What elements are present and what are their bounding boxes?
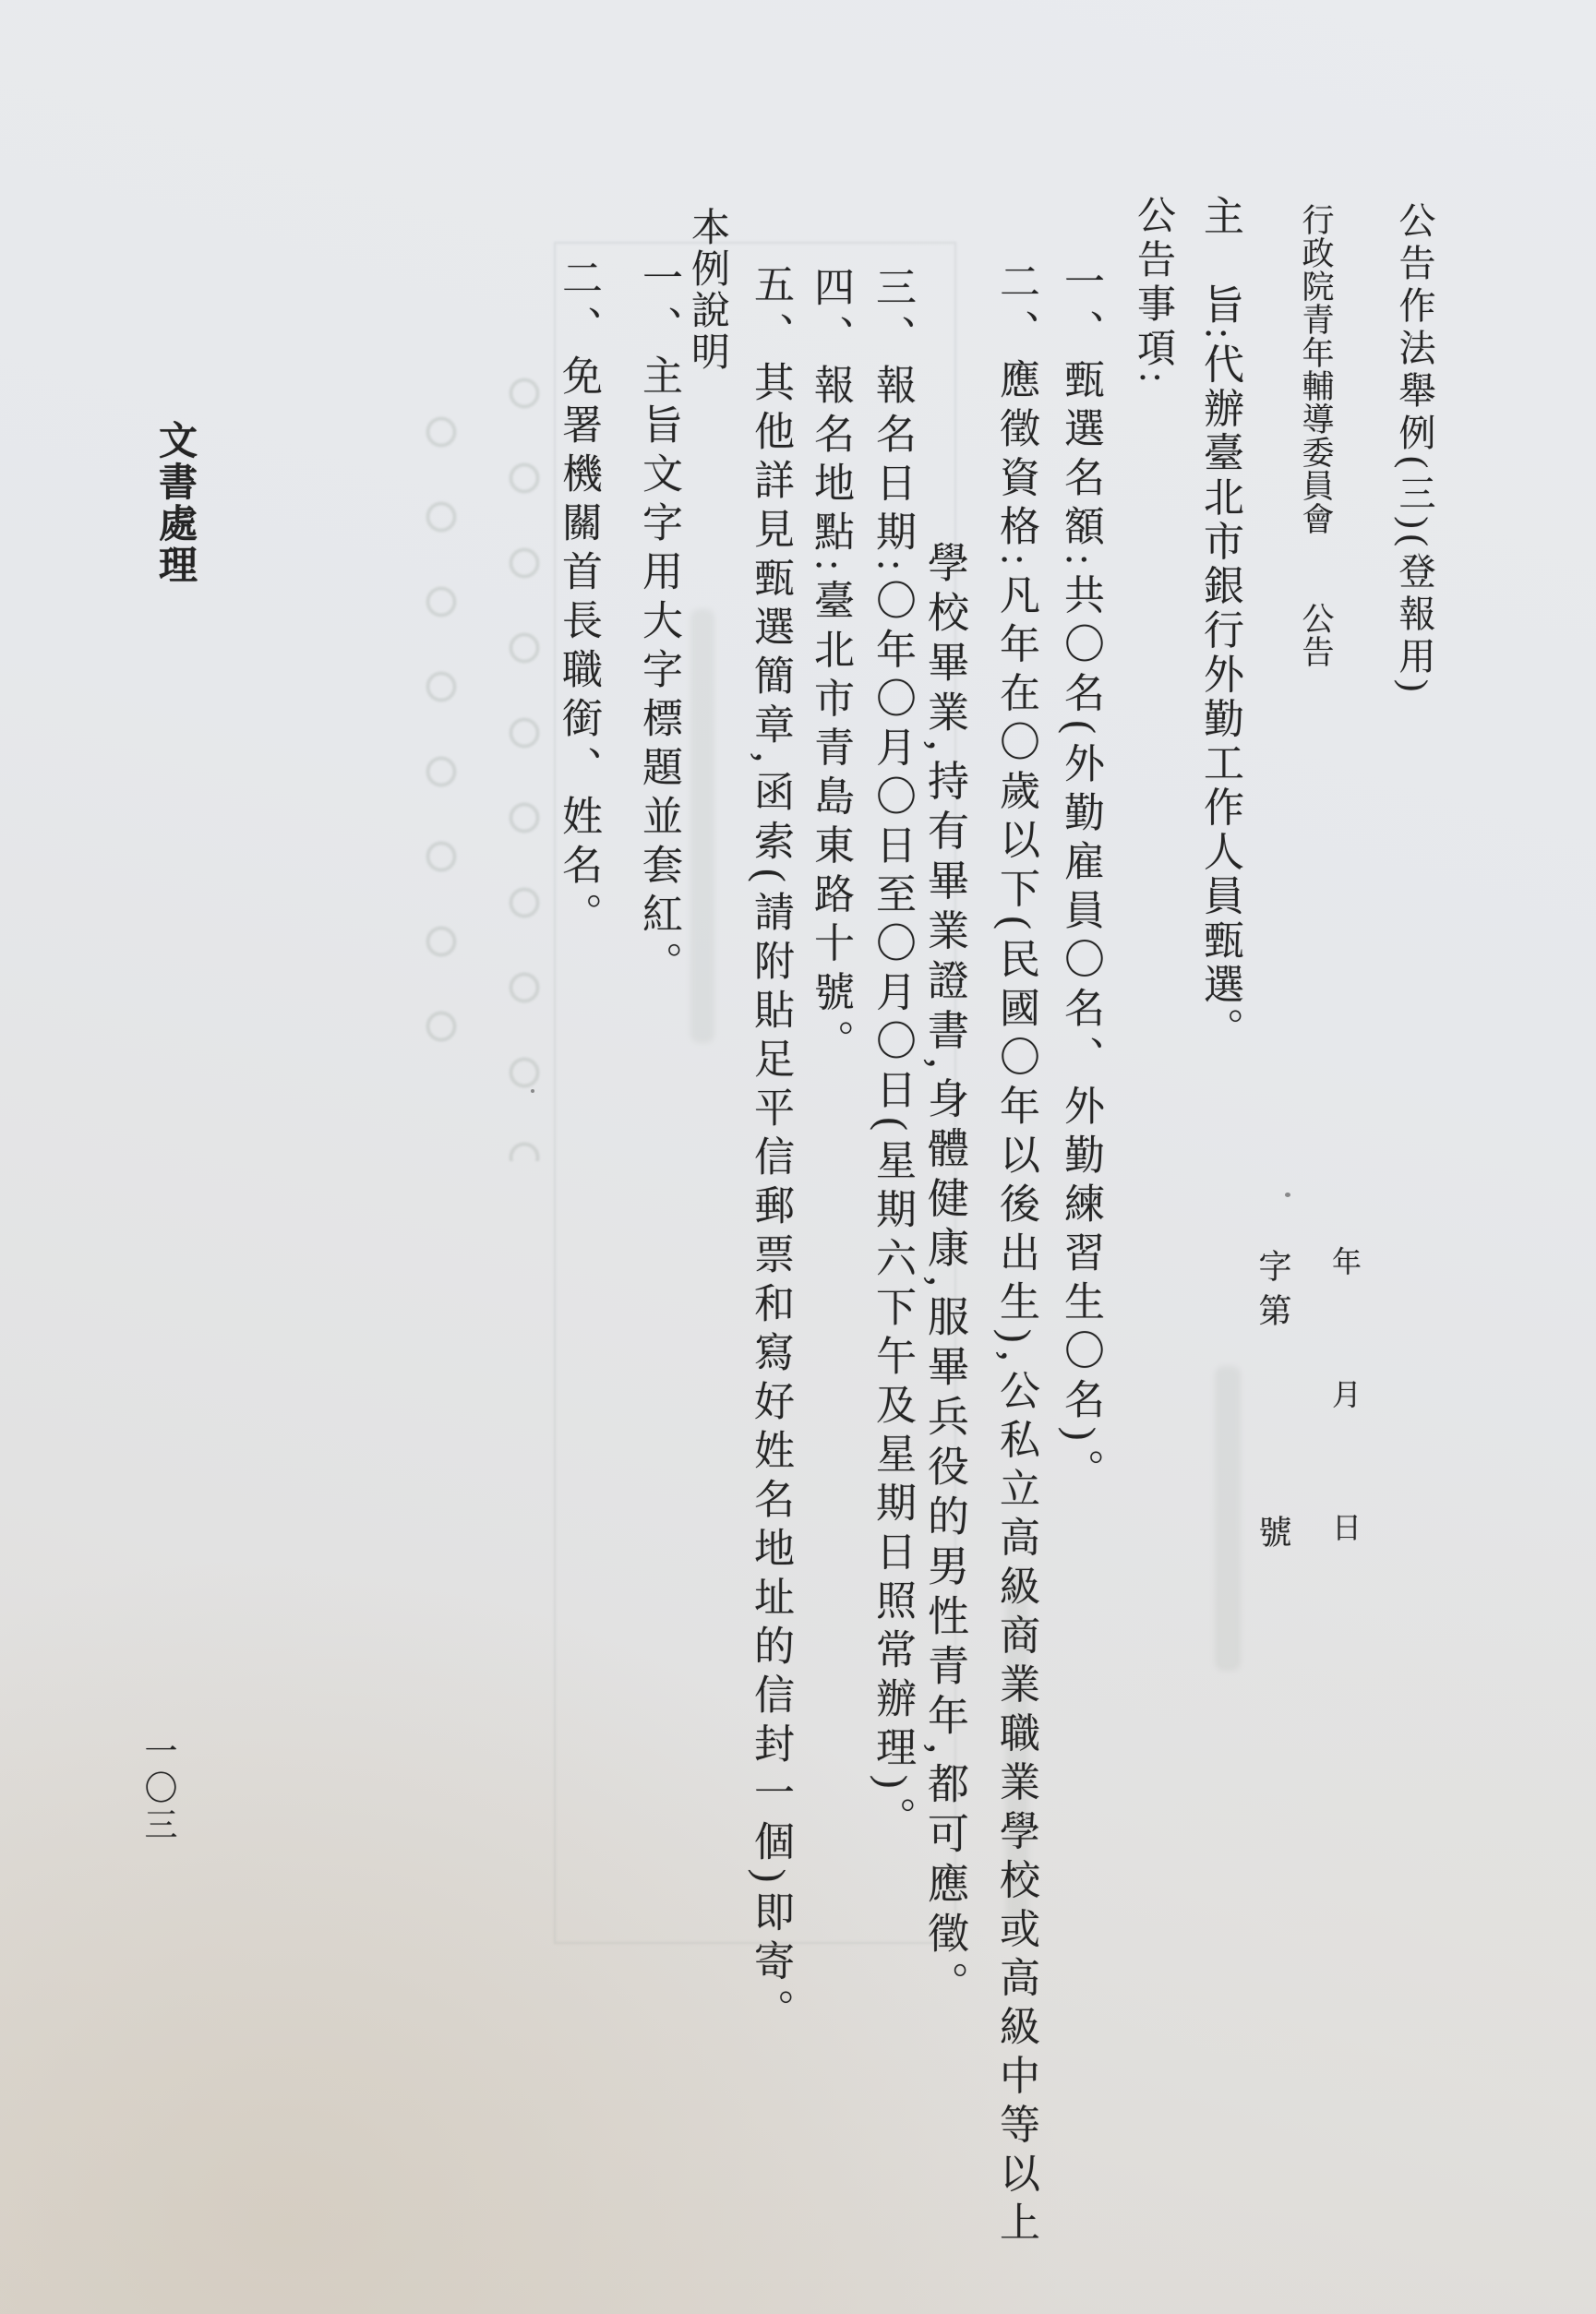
- bleedthrough-smudge: [690, 609, 714, 1043]
- subject-line: 主 旨:代辦臺北市銀行外勤工作人員甄選。: [1199, 195, 1240, 1051]
- scan-speck: [1285, 1193, 1290, 1197]
- announcement-item-1: 一、甄選名額:共〇名(外勤雇員〇名、外勤練習生〇名)。: [1060, 260, 1100, 1498]
- announcement-item-4: 四、報名地點:臺北市青島東路十號。: [810, 266, 850, 1068]
- bleedthrough-circle-column: [420, 406, 462, 1052]
- announcement-item-2-line-2: 學校畢業,持有畢業證書,身體健康,服畢兵役的男性青年,都可應徵。: [923, 541, 965, 2011]
- announcement-item-5: 五、其他詳見甄選簡章,函索(請附貼足平信郵票和寫好姓名地址的信封一個)即寄。: [750, 263, 790, 2037]
- note-2: 二、免署機關首長職銜、姓名。: [558, 257, 598, 941]
- issuer-line: 行政院青年輔導委員會 公告: [1300, 203, 1332, 668]
- running-head-book-title: 文書處理: [155, 420, 194, 586]
- notes-heading: 本例說明: [688, 207, 726, 373]
- scan-speck: [531, 1089, 534, 1093]
- date-placeholder: 年 月 日: [1330, 1246, 1360, 1556]
- page-number: 一〇三: [142, 1733, 175, 1844]
- note-1: 一、主旨文字用大字標題並套紅。: [638, 257, 678, 990]
- announcement-item-3: 三、報名日期:〇年〇月〇日至〇月〇日(星期六下午及星期日照常辦理)。: [871, 266, 912, 1846]
- announcement-item-2-line-1: 二、應徵資格:凡年在〇歲以下(民國〇年以後出生),公私立高級商業職業學校或高級中…: [995, 260, 1036, 2250]
- body-heading: 公告事項:: [1134, 195, 1172, 389]
- ref-number-placeholder: 字第 號: [1256, 1249, 1290, 1559]
- bleedthrough-circle-column: [503, 367, 546, 1161]
- scanned-book-page: 公告作法舉例(三)(登報用) 行政院青年輔導委員會 公告 年 月 日 字第 號 …: [0, 0, 1596, 2314]
- example-title: 公告作法舉例(三)(登報用): [1396, 201, 1433, 697]
- bleedthrough-smudge: [1215, 1366, 1241, 1671]
